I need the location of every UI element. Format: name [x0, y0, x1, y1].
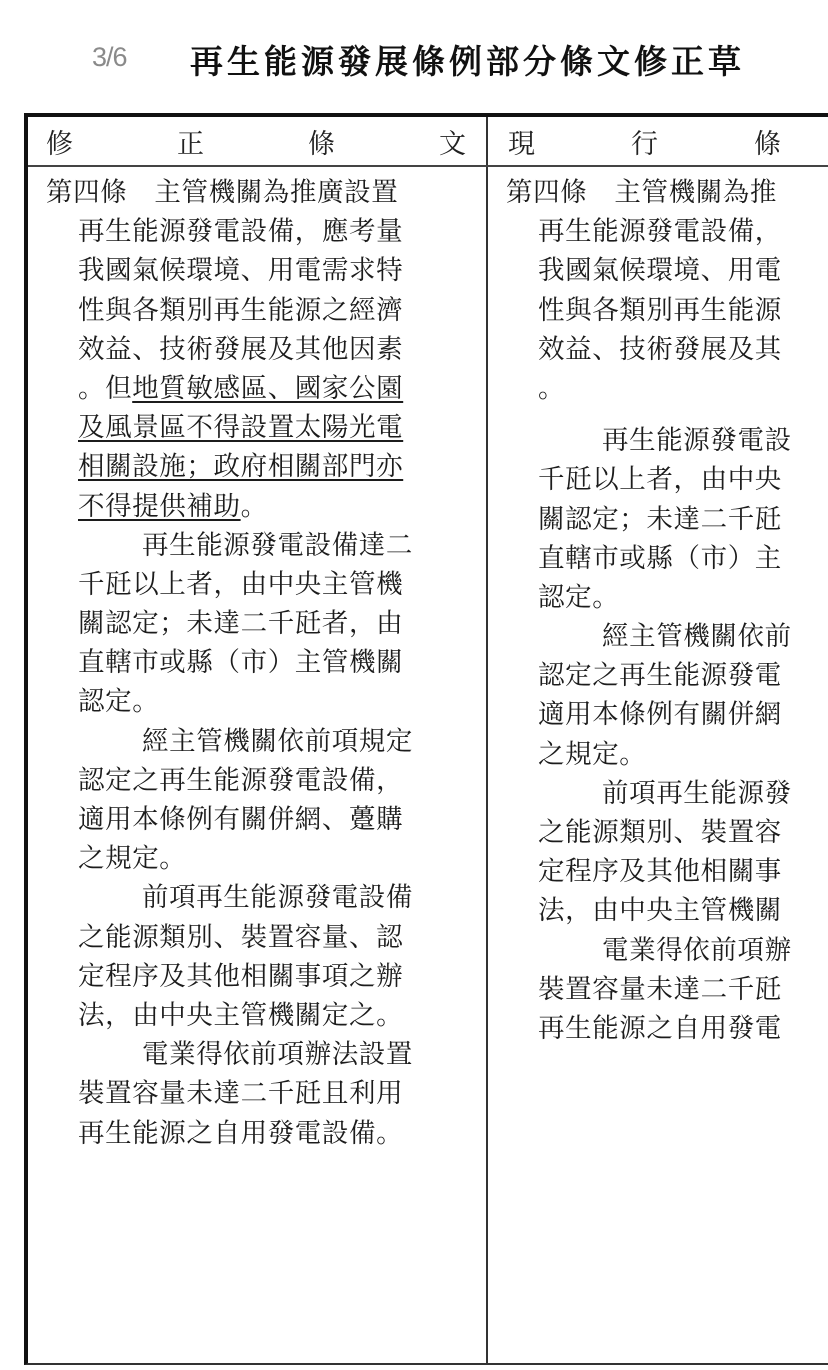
- text-line: 裝置容量未達二千瓩且利用: [46, 1074, 486, 1113]
- text-line: 認定。: [46, 682, 486, 721]
- text-line: 經主管機關依前項規定: [46, 722, 486, 761]
- text-line: 關認定；未達二千瓩: [506, 500, 828, 539]
- text-line: 定程序及其他相關事項之辦: [46, 957, 486, 996]
- text-line: 。: [506, 369, 828, 408]
- header-char: 行: [631, 122, 658, 161]
- text-line: 千瓩以上者，由中央: [506, 460, 828, 499]
- text-line: 再生能源發電設備達二: [46, 526, 486, 565]
- header-char: 文: [439, 122, 466, 161]
- current-article-cell: 第四條 主管機關為推 再生能源發電設備， 我國氣候環境、用電 性與各類別再生能源…: [506, 173, 828, 1048]
- text-line: 相關設施；政府相關部門亦: [46, 447, 486, 486]
- document-title: 再生能源發展條例部分條文修正草: [190, 36, 745, 83]
- header-char: 現: [508, 122, 535, 161]
- text-line: 效益、技術發展及其: [506, 330, 828, 369]
- text-line: 再生能源發電設: [506, 421, 828, 460]
- text-line: 前項再生能源發: [506, 774, 828, 813]
- header-char: 修: [46, 122, 73, 161]
- comparison-table: 修 正 條 文 現 行 條 第四條 主管機關為推廣設置 再生能源發電設備，應考量…: [24, 113, 828, 1365]
- text-line: 再生能源之自用發電: [506, 1009, 828, 1048]
- text-line: 性與各類別再生能源之經濟: [46, 291, 486, 330]
- amended-underlined-text: 地質敏感區、國家公園: [132, 373, 403, 404]
- text-line: 性與各類別再生能源: [506, 291, 828, 330]
- text-line: 之能源類別、裝置容: [506, 813, 828, 852]
- text-line: 認定之再生能源發電: [506, 656, 828, 695]
- amended-underlined-text: 相關設施；政府相關部門亦: [78, 451, 403, 482]
- text-line: 我國氣候環境、用電需求特: [46, 251, 486, 290]
- text-line: 電業得依前項辦: [506, 931, 828, 970]
- page-counter: 3/6: [92, 42, 127, 73]
- text-line: 裝置容量未達二千瓩: [506, 970, 828, 1009]
- text-plain: 。: [241, 491, 268, 522]
- text-line: 適用本條例有關併網、躉購: [46, 800, 486, 839]
- text-line: 之規定。: [46, 839, 486, 878]
- document-page: 3/6 再生能源發展條例部分條文修正草 修 正 條 文 現 行 條 第四條 主管…: [0, 0, 828, 1370]
- text-line: 前項再生能源發電設備: [46, 878, 486, 917]
- text-line: 之能源類別、裝置容量、認: [46, 918, 486, 957]
- text-line: 直轄市或縣（市）主: [506, 539, 828, 578]
- text-line: 我國氣候環境、用電: [506, 251, 828, 290]
- text-line: 。但地質敏感區、國家公園: [46, 369, 486, 408]
- text-line: 之規定。: [506, 735, 828, 774]
- text-line: 第四條 主管機關為推: [506, 173, 828, 212]
- amended-article-cell: 第四條 主管機關為推廣設置 再生能源發電設備，應考量 我國氣候環境、用電需求特 …: [46, 173, 486, 1153]
- header-amended-text: 修 正 條 文: [46, 117, 466, 165]
- amended-underlined-text: 不得提供補助: [78, 491, 241, 522]
- text-line: 法，由中央主管機關定之。: [46, 996, 486, 1035]
- text-line: 效益、技術發展及其他因素: [46, 330, 486, 369]
- text-line: 電業得依前項辦法設置: [46, 1035, 486, 1074]
- text-line: 再生能源發電設備，: [506, 212, 828, 251]
- table-header-row: 修 正 條 文 現 行 條: [28, 117, 828, 167]
- text-line: 定程序及其他相關事: [506, 852, 828, 891]
- text-line: 不得提供補助。: [46, 487, 486, 526]
- column-divider: [486, 117, 488, 1363]
- text-line: 千瓩以上者，由中央主管機: [46, 565, 486, 604]
- text-line: 關認定；未達二千瓩者，由: [46, 604, 486, 643]
- amended-underlined-text: 及風景區不得設置太陽光電: [78, 412, 403, 443]
- text-plain: 。但: [78, 373, 132, 404]
- text-line: 經主管機關依前: [506, 617, 828, 656]
- header-current-text: 現 行 條: [508, 117, 828, 165]
- text-line: 再生能源之自用發電設備。: [46, 1114, 486, 1153]
- title-bar: 3/6 再生能源發展條例部分條文修正草: [0, 36, 828, 86]
- text-line: 認定之再生能源發電設備，: [46, 761, 486, 800]
- text-line: 第四條 主管機關為推廣設置: [46, 173, 486, 212]
- text-line: 再生能源發電設備，應考量: [46, 212, 486, 251]
- header-char: 正: [177, 122, 204, 161]
- header-char: 條: [754, 122, 781, 161]
- text-line: 法，由中央主管機關: [506, 891, 828, 930]
- text-line: 適用本條例有關併網: [506, 695, 828, 734]
- text-line: 及風景區不得設置太陽光電: [46, 408, 486, 447]
- header-char: 條: [308, 122, 335, 161]
- text-line: 認定。: [506, 578, 828, 617]
- text-line: 直轄市或縣（市）主管機關: [46, 643, 486, 682]
